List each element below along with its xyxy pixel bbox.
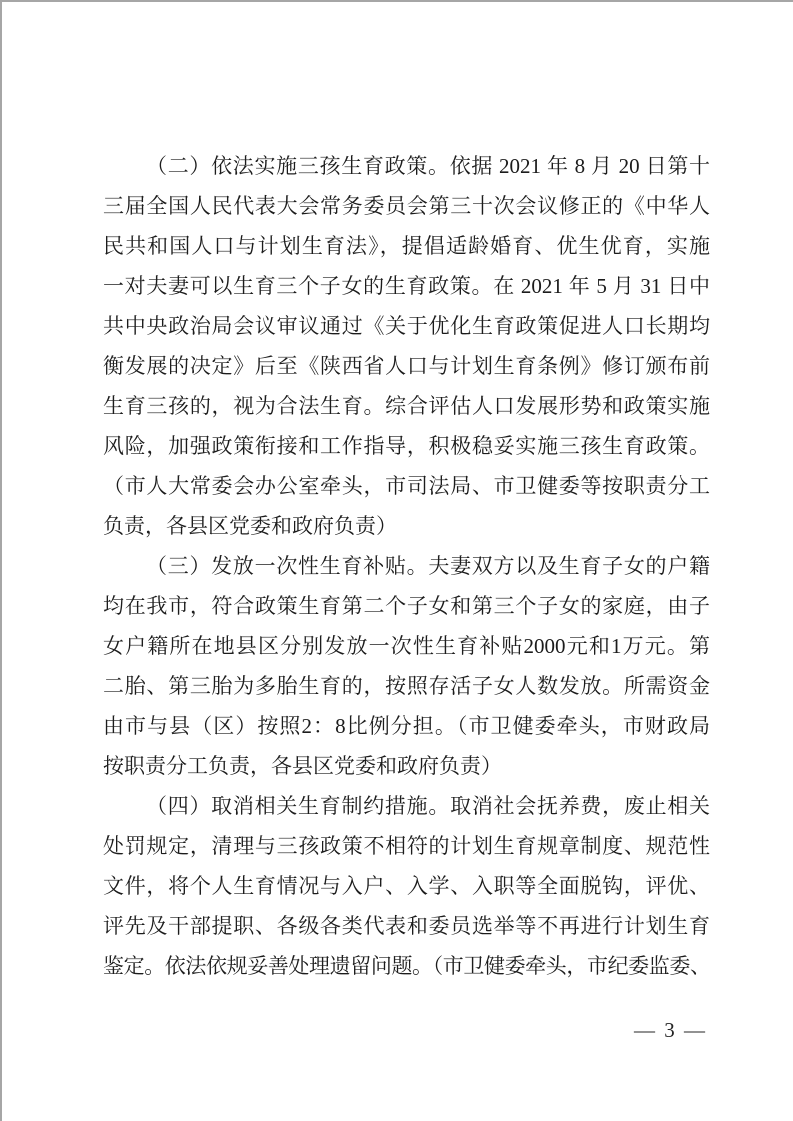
text-line: 一对夫妻可以生育三个子女的生育政策。在 2021 年 5 月 31 日中 [103, 266, 710, 306]
text-line: 由市与县（区）按照2：8比例分担。（市卫健委牵头，市财政局 [103, 706, 710, 746]
text-line: （二）依法实施三孩生育政策。依据 2021 年 8 月 20 日第十 [103, 146, 710, 186]
scan-edge-top [0, 0, 793, 2]
document-body: （二）依法实施三孩生育政策。依据 2021 年 8 月 20 日第十三届全国人民… [103, 146, 710, 986]
text-line: 处罚规定，清理与三孩政策不相符的计划生育规章制度、规范性 [103, 826, 710, 866]
text-line: 负责，各县区党委和政府负责） [103, 506, 710, 546]
paragraph-heading: （三）发放一次性生育补贴。 [146, 554, 428, 578]
text-line: 生育三孩的，视为合法生育。综合评估人口发展形势和政策实施 [103, 386, 710, 426]
paragraph-text: 夫妻双方以及生育子女的户籍 [428, 554, 710, 578]
paragraph-text: 依据 2021 年 8 月 20 日第十 [450, 154, 710, 178]
scan-edge-left [0, 0, 2, 1121]
text-line: 风险，加强政策衔接和工作指导，积极稳妥实施三孩生育政策。 [103, 426, 710, 466]
paragraph-heading: （四）取消相关生育制约措施。 [146, 794, 450, 818]
text-line: （市人大常委会办公室牵头，市司法局、市卫健委等按职责分工 [103, 466, 710, 506]
text-line: 评先及干部提职、各级各类代表和委员选举等不再进行计划生育 [103, 906, 710, 946]
text-line: 二胎、第三胎为多胎生育的，按照存活子女人数发放。所需资金 [103, 666, 710, 706]
text-line: 衡发展的决定》后至《陕西省人口与计划生育条例》修订颁布前 [103, 346, 710, 386]
text-line: 共中央政治局会议审议通过《关于优化生育政策促进人口长期均 [103, 306, 710, 346]
paragraph-text: 取消社会抚养费，废止相关 [450, 794, 710, 818]
text-line: （四）取消相关生育制约措施。取消社会抚养费，废止相关 [103, 786, 710, 826]
text-line: （三）发放一次性生育补贴。夫妻双方以及生育子女的户籍 [103, 546, 710, 586]
text-line: 鉴定。依法依规妥善处理遗留问题。（市卫健委牵头，市纪委监委、 [103, 946, 710, 986]
text-line: 民共和国人口与计划生育法》，提倡适龄婚育、优生优育，实施 [103, 226, 710, 266]
text-line: 按职责分工负责，各县区党委和政府负责） [103, 746, 710, 786]
text-line: 文件，将个人生育情况与入户、入学、入职等全面脱钩，评优、 [103, 866, 710, 906]
document-page: { "page": { "number": "3", "number_label… [0, 0, 793, 1121]
page-number: — 3 — [634, 1018, 707, 1043]
text-line: 三届全国人民代表大会常务委员会第三十次会议修正的《中华人 [103, 186, 710, 226]
text-line: 女户籍所在地县区分别发放一次性生育补贴2000元和1万元。第 [103, 626, 710, 666]
text-line: 均在我市，符合政策生育第二个子女和第三个子女的家庭，由子 [103, 586, 710, 626]
paragraph-heading: （二）依法实施三孩生育政策。 [146, 154, 450, 178]
